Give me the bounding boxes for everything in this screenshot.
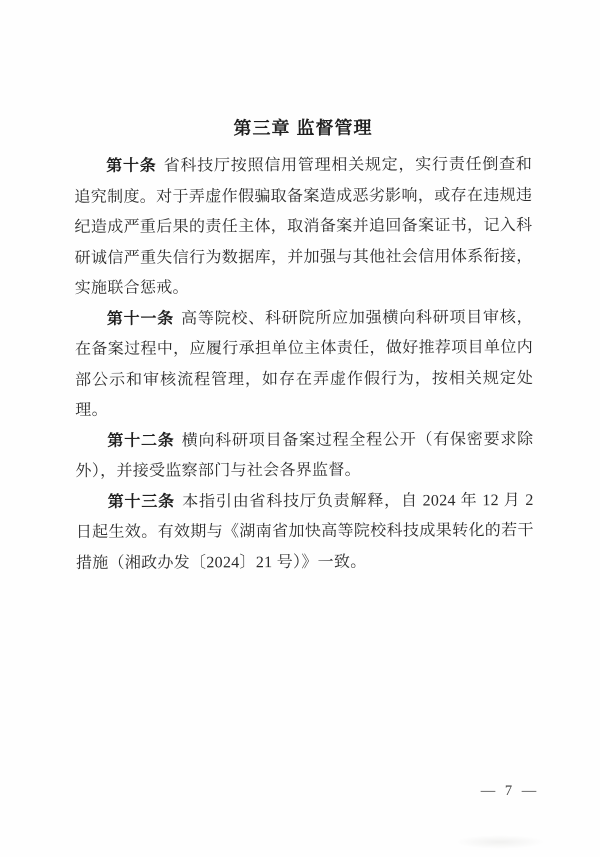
page-number: — 7 — xyxy=(455,783,565,800)
scan-artifact xyxy=(455,835,545,849)
article-12-label: 第十二条 xyxy=(107,432,174,449)
article-13: 第十三条本指引由省科技厅负责解释，自 2024 年 12 月 2 日起生效。有效… xyxy=(76,485,534,578)
article-10-text: 省科技厅按照信用管理相关规定，实行责任倒查和追究制度。对于弄虚作假骗取备案造成恶… xyxy=(74,156,532,297)
page-content: 第三章 监督管理 第十条省科技厅按照信用管理相关规定，实行责任倒查和追究制度。对… xyxy=(74,115,534,579)
article-12: 第十二条横向科研项目备案过程全程公开（有保密要求除外），并接受监察部门与社会各界… xyxy=(75,425,533,488)
article-13-label: 第十三条 xyxy=(108,493,175,510)
article-11: 第十一条高等院校、科研院所应加强横向科研项目审核，在备案过程中，应履行承担单位主… xyxy=(75,303,534,427)
chapter-title: 第三章 监督管理 xyxy=(74,115,532,141)
article-10-label: 第十条 xyxy=(106,158,156,175)
article-10: 第十条省科技厅按照信用管理相关规定，实行责任倒查和追究制度。对于弄虚作假骗取备案… xyxy=(74,150,533,304)
article-11-label: 第十一条 xyxy=(107,310,174,327)
document-page: 第三章 监督管理 第十条省科技厅按照信用管理相关规定，实行责任倒查和追究制度。对… xyxy=(0,0,600,857)
